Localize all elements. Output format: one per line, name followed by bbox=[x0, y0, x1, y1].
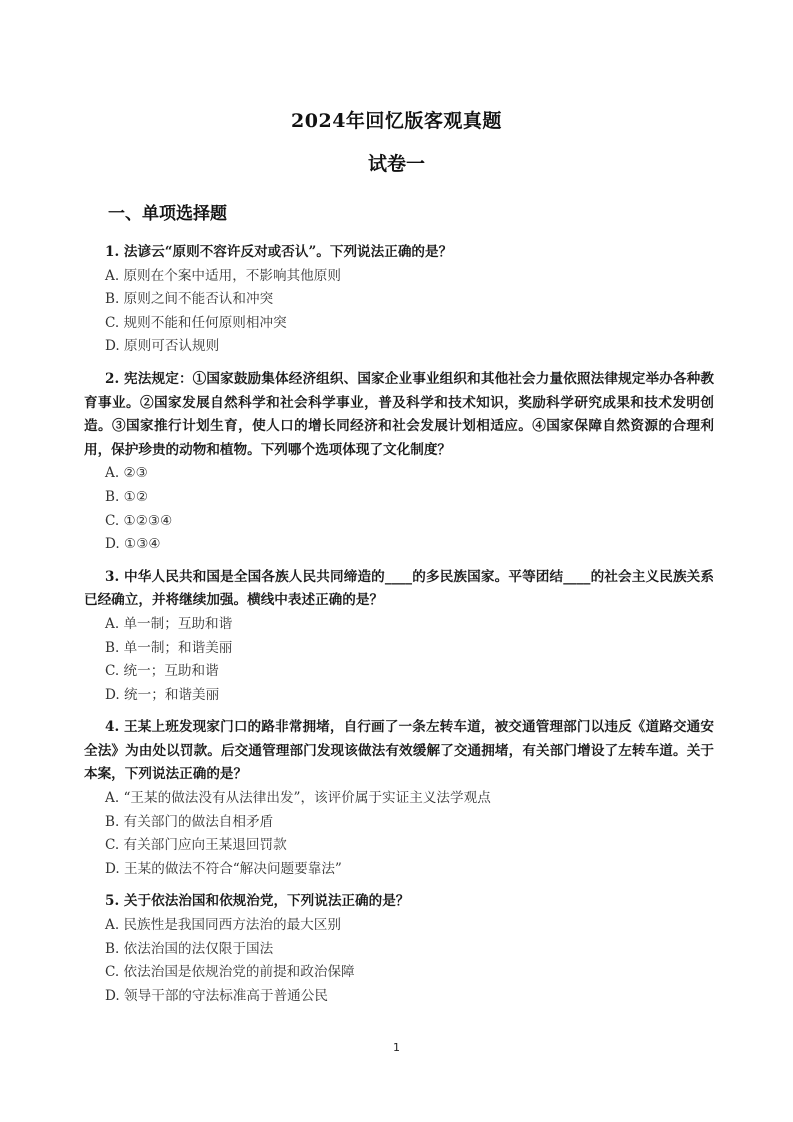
question-3: 3. 中华人民共和国是全国各族人民共同缔造的____的多民族国家。平等团结___… bbox=[84, 566, 714, 708]
option-b: B. 单一制；和谐美丽 bbox=[84, 637, 714, 661]
option-d: D. 领导干部的守法标准高于普通公民 bbox=[84, 985, 714, 1009]
option-c: C. 规则不能和任何原则相冲突 bbox=[84, 312, 714, 336]
option-c: C. 有关部门应向王某退回罚款 bbox=[84, 834, 714, 858]
question-stem: 4. 王某上班发现家门口的路非常拥堵，自行画了一条左转车道，被交通管理部门以违反… bbox=[84, 716, 714, 787]
option-b: B. ①② bbox=[84, 486, 714, 510]
question-4: 4. 王某上班发现家门口的路非常拥堵，自行画了一条左转车道，被交通管理部门以违反… bbox=[84, 716, 714, 881]
question-2: 2. 宪法规定：①国家鼓励集体经济组织、国家企业事业组织和其他社会力量依照法律规… bbox=[84, 368, 714, 557]
paper-subtitle: 试卷一 bbox=[0, 149, 793, 176]
option-c: C. 依法治国是依规治党的前提和政治保障 bbox=[84, 961, 714, 985]
option-b: B. 原则之间不能否认和冲突 bbox=[84, 288, 714, 312]
option-d: D. 统一；和谐美丽 bbox=[84, 684, 714, 708]
option-c: C. ①②③④ bbox=[84, 510, 714, 534]
page-number: 1 bbox=[0, 1041, 793, 1054]
option-d: D. 王某的做法不符合“解决问题要靠法” bbox=[84, 858, 714, 882]
option-a: A. 单一制；互助和谐 bbox=[84, 613, 714, 637]
option-b: B. 有关部门的做法自相矛盾 bbox=[84, 811, 714, 835]
question-stem: 2. 宪法规定：①国家鼓励集体经济组织、国家企业事业组织和其他社会力量依照法律规… bbox=[84, 368, 714, 462]
question-1: 1. 法谚云“原则不容许反对或否认”。下列说法正确的是？ A. 原则在个案中适用… bbox=[84, 241, 714, 359]
section-heading: 一、单项选择题 bbox=[108, 199, 227, 224]
question-list: 1. 法谚云“原则不容许反对或否认”。下列说法正确的是？ A. 原则在个案中适用… bbox=[84, 241, 714, 1017]
option-d: D. 原则可否认规则 bbox=[84, 335, 714, 359]
option-a: A. ②③ bbox=[84, 462, 714, 486]
option-a: A. 原则在个案中适用，不影响其他原则 bbox=[84, 265, 714, 289]
option-a: A. 民族性是我国同西方法治的最大区别 bbox=[84, 914, 714, 938]
option-b: B. 依法治国的法仅限于国法 bbox=[84, 938, 714, 962]
question-stem: 3. 中华人民共和国是全国各族人民共同缔造的____的多民族国家。平等团结___… bbox=[84, 566, 714, 613]
question-stem: 5. 关于依法治国和依规治党，下列说法正确的是？ bbox=[84, 890, 714, 914]
option-c: C. 统一；互助和谐 bbox=[84, 660, 714, 684]
question-5: 5. 关于依法治国和依规治党，下列说法正确的是？ A. 民族性是我国同西方法治的… bbox=[84, 890, 714, 1008]
question-stem: 1. 法谚云“原则不容许反对或否认”。下列说法正确的是？ bbox=[84, 241, 714, 265]
option-d: D. ①③④ bbox=[84, 533, 714, 557]
document-page: 2024年回忆版客观真题 试卷一 一、单项选择题 1. 法谚云“原则不容许反对或… bbox=[0, 0, 793, 1122]
document-title: 2024年回忆版客观真题 bbox=[0, 106, 793, 133]
option-a: A. “王某的做法没有从法律出发”，该评价属于实证主义法学观点 bbox=[84, 787, 714, 811]
